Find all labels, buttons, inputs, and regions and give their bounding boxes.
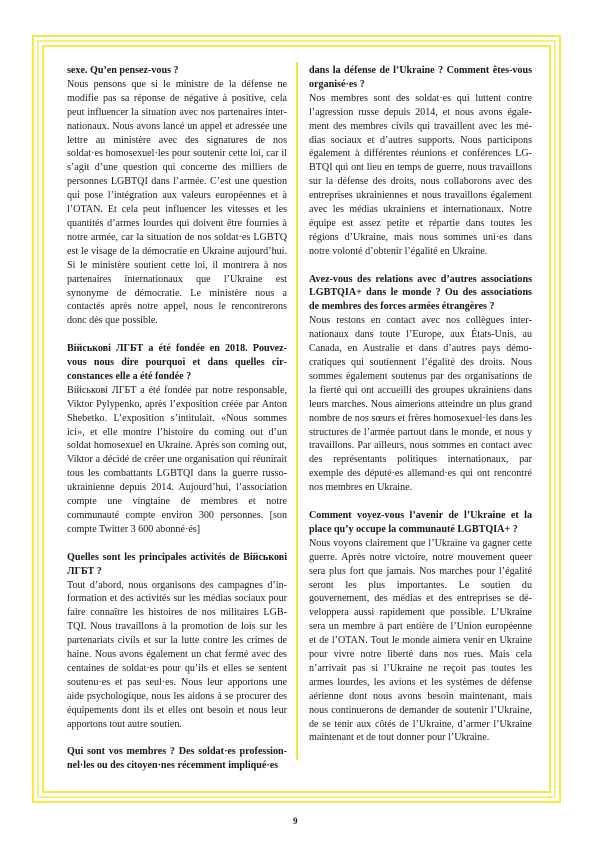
answer-paragraph: Військові ЛГБТ a été fondée par notre re…	[67, 384, 287, 537]
column-divider	[296, 62, 298, 760]
page-number: 9	[293, 816, 298, 826]
question-heading: dans la défense de l’Ukraine ? Comment ê…	[309, 64, 532, 92]
question-heading: Quelles sont les principales activités d…	[67, 551, 287, 579]
paragraph-gap	[67, 537, 287, 551]
answer-paragraph: Tout d’abord, nous organisons des campag…	[67, 579, 287, 732]
question-heading: Avez-vous des relations avec d’autres as…	[309, 273, 532, 315]
answer-paragraph: Nos membres sont des soldat·es qui lutte…	[309, 92, 532, 259]
question-heading: Comment voyez-vous l’avenir de l’Ukraine…	[309, 509, 532, 537]
answer-paragraph: Nous restons en contact avec nos collègu…	[309, 314, 532, 495]
left-column: sexe. Qu’en pensez-vous ? Nous pensons q…	[67, 64, 287, 773]
paragraph-gap	[309, 495, 532, 509]
question-heading: Військові ЛГБТ a été fondée en 2018. Pou…	[67, 342, 287, 384]
paragraph-gap	[67, 328, 287, 342]
answer-paragraph: Nous voyons clairement que l’Ukraine va …	[309, 537, 532, 746]
question-heading: sexe. Qu’en pensez-vous ?	[67, 64, 287, 78]
answer-paragraph: Nous pensons que si le ministre de la dé…	[67, 78, 287, 328]
paragraph-gap	[67, 731, 287, 745]
right-column: dans la défense de l’Ukraine ? Comment ê…	[309, 64, 532, 745]
question-heading: Qui sont vos membres ? Des soldat·es pro…	[67, 745, 287, 773]
paragraph-gap	[309, 259, 532, 273]
